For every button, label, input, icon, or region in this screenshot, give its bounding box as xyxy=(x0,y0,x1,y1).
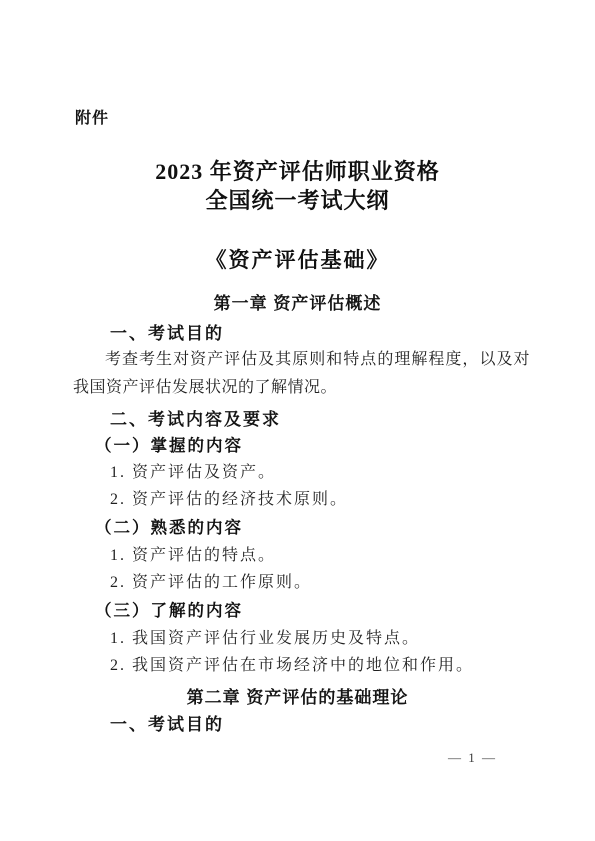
chapter2-exam-purpose-heading: 一、考试目的 xyxy=(110,710,224,735)
chapter1-familiar-heading: （二）熟悉的内容 xyxy=(95,514,243,538)
chapter2-heading: 第二章 资产评估的基础理论 xyxy=(0,683,595,708)
chapter1-exam-purpose-heading: 一、考试目的 xyxy=(110,319,224,344)
chapter1-understand-heading: （三）了解的内容 xyxy=(95,597,243,621)
list-item: 2. 我国资产评估在市场经济中的地位和作用。 xyxy=(110,652,474,675)
list-item: 2. 资产评估的工作原则。 xyxy=(110,569,312,592)
chapter1-master-heading: （一）掌握的内容 xyxy=(95,432,243,456)
list-item: 2. 资产评估的经济技术原则。 xyxy=(110,486,348,509)
document-page: 附件 2023 年资产评估师职业资格 全国统一考试大纲 《资产评估基础》 第一章… xyxy=(0,0,595,841)
chapter1-exam-purpose-text: 考查考生对资产评估及其原则和特点的理解程度，以及对我国资产评估发展状况的了解情况… xyxy=(73,346,530,401)
chapter1-exam-content-heading: 二、考试内容及要求 xyxy=(110,405,281,430)
document-title-line1: 2023 年资产评估师职业资格 xyxy=(0,155,595,186)
page-number: — 1 — xyxy=(448,750,497,766)
subject-title: 《资产评估基础》 xyxy=(0,244,595,274)
attachment-label: 附件 xyxy=(75,105,109,128)
list-item: 1. 资产评估及资产。 xyxy=(110,459,276,482)
list-item: 1. 我国资产评估行业发展历史及特点。 xyxy=(110,625,420,648)
chapter1-heading: 第一章 资产评估概述 xyxy=(0,289,595,314)
list-item: 1. 资产评估的特点。 xyxy=(110,542,276,565)
document-title-line2: 全国统一考试大纲 xyxy=(0,184,595,215)
